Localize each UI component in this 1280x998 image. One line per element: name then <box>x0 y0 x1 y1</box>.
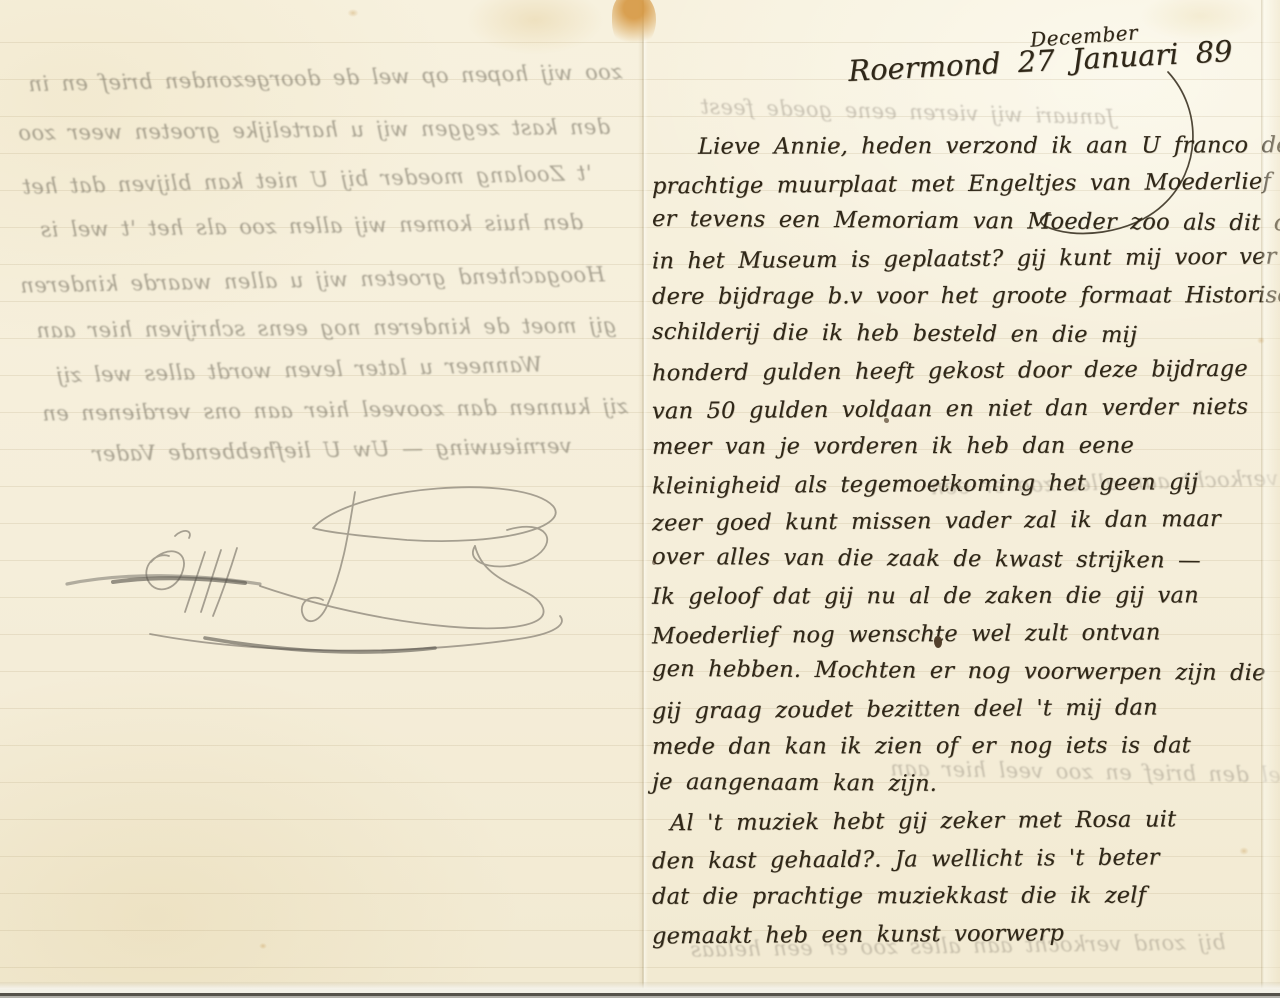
foxing-spot <box>1238 846 1250 856</box>
ink-speck <box>652 560 656 565</box>
handwritten-line: prachtige muurplaat met Engeltjes van Mo… <box>652 163 1272 205</box>
handwritten-line: schilderij die ik heb besteld en die mij <box>652 313 1272 355</box>
handwritten-line: gij graag zoudet bezitten deel 't mij da… <box>652 688 1272 730</box>
handwritten-line: honderd gulden heeft gekost door deze bi… <box>652 351 1272 393</box>
handwritten-line: van 50 gulden voldaan en niet dan verder… <box>652 388 1272 430</box>
handwritten-line: er tevens een Memoriam van Moeder zoo al… <box>652 201 1272 243</box>
bleedthrough-line: 't Zoolang moeder bij U niet kan blijven… <box>22 161 592 199</box>
ink-speck <box>836 142 840 146</box>
handwritten-line: Al 't muziek hebt gij zeker met Rosa uit <box>652 801 1272 843</box>
foxing-spot <box>1256 336 1266 345</box>
foxing-spot <box>258 942 268 950</box>
ink-speck <box>884 418 889 423</box>
right-edge-crease <box>1261 0 1280 992</box>
paper-bottom-edge <box>0 982 1280 998</box>
handwritten-line: mede dan kan ik zien of er nog iets is d… <box>652 727 1272 766</box>
handwritten-line: dere bijdrage b.v voor het groote formaa… <box>652 277 1272 316</box>
handwritten-line: gemaakt heb een kunst voorwerp <box>652 913 1272 955</box>
handwritten-line: kleinigheid als tegemoetkoming het geen … <box>652 463 1272 505</box>
handwritten-line: Lieve Annie, heden verzond ik aan U fran… <box>652 127 1272 166</box>
handwritten-line: in het Museum is geplaatst? gij kunt mij… <box>652 238 1272 280</box>
bleedthrough-line: zoo wij hopen op wel de doorgezonden bri… <box>28 60 623 96</box>
handwritten-line: Moederlief nog wenschte wel zult ontvan <box>652 613 1272 655</box>
bleedthrough-line: gij moet de kinderen nog eens schrijven … <box>36 313 617 342</box>
handwritten-line: meer van je vorderen ik heb dan eene <box>652 427 1272 466</box>
centre-fold <box>638 0 648 992</box>
handwritten-line: dat die prachtige muziekkast die ik zelf <box>652 877 1272 916</box>
handwritten-line: gen hebben. Mochten er nog voorwerpen zi… <box>652 651 1272 693</box>
bleedthrough-line: den kast zeggen wij u hartelijke groeten… <box>18 115 610 145</box>
stain <box>455 0 615 60</box>
handwritten-line: over alles van die zaak de kwast strijke… <box>652 538 1272 580</box>
handwritten-line: je aangenaam kan zijn. <box>652 763 1272 805</box>
pencil-signature <box>55 466 585 656</box>
handwritten-line: Ik geloof dat gij nu al de zaken die gij… <box>652 577 1272 616</box>
foxing-spot <box>346 8 360 18</box>
bleedthrough-line: Januari wij vieren eene goede feest <box>700 95 1115 130</box>
letter-scan: zoo wij hopen op wel de doorgezonden bri… <box>0 0 1280 998</box>
handwritten-line: den kast gehaald?. Ja wellicht is 't bet… <box>652 838 1272 880</box>
bleedthrough-line: den huis komen wij allen zoo als het 't … <box>40 210 583 242</box>
bleedthrough-line: vernieuwing — Uw U liefhebbende Vader <box>92 434 572 466</box>
handwritten-line: zeer goed kunt missen vader zal ik dan m… <box>652 501 1272 543</box>
ink-speck <box>934 636 942 648</box>
bleedthrough-line: Wanneer u later leven wordt alles wel zi… <box>56 352 543 387</box>
stain <box>612 0 656 50</box>
bleedthrough-line: zij kunnen dan zooveel hier aan ons verd… <box>42 394 628 425</box>
letter-body: Lieve Annie, heden verzond ik aan U fran… <box>652 128 1272 953</box>
bleedthrough-line: Hoogachtend groeten wij u allen waarde k… <box>20 262 605 297</box>
